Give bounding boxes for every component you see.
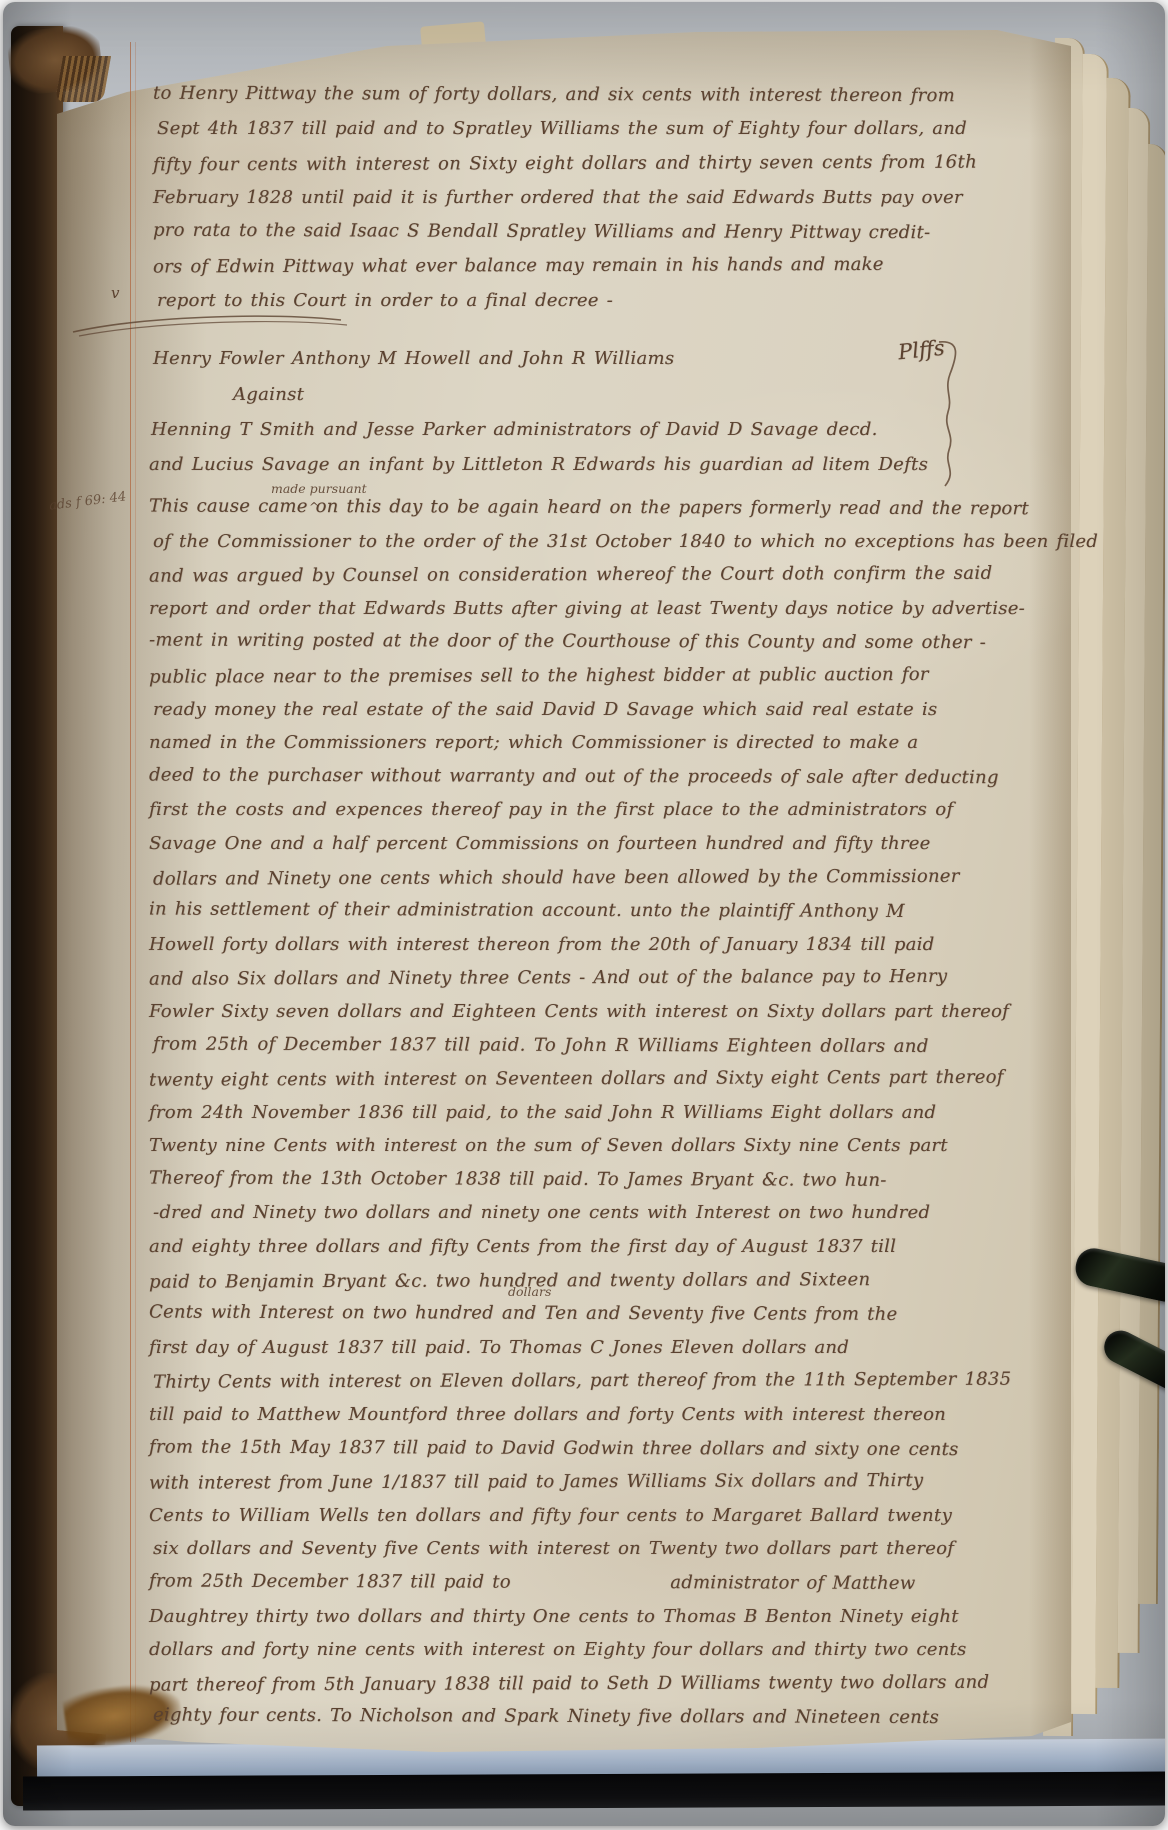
versus-label: Against (233, 384, 304, 405)
manuscript-line: from the 15th May 1837 till paid to Davi… (149, 1430, 1098, 1467)
caret-mark: ^ (309, 500, 319, 514)
manuscript-line: Cents to William Wells ten dollars and f… (149, 1499, 1098, 1533)
manuscript-line: named in the Commissioners report; which… (149, 726, 1098, 760)
manuscript-line: first the costs and expences thereof pay… (149, 793, 1098, 827)
continuation-paragraph: to Henry Pittway the sum of forty dollar… (153, 78, 977, 318)
defendants-line-1: Henning T Smith and Jesse Parker adminis… (151, 419, 878, 440)
manuscript-line: till paid to Matthew Mountford three dol… (149, 1398, 1098, 1432)
manuscript-line: eighty four cents. To Nicholson and Spar… (149, 1699, 1098, 1736)
order-paragraph: This cause came on this day to be again … (149, 491, 1098, 1734)
manuscript-line: pro rata to the said Isaac S Bendall Spr… (153, 214, 977, 251)
margin-rule (130, 42, 136, 1742)
manuscript-line: public place near to the premises sell t… (149, 657, 1098, 694)
manuscript-line: report and order that Edwards Butts afte… (149, 592, 1098, 626)
manuscript-line: Cents with Interest on two hundred and T… (149, 1296, 1098, 1333)
manuscript-line: and was argued by Counsel on considerati… (149, 557, 1098, 594)
manuscript-line: Thirty Cents with interest on Eleven dol… (149, 1363, 1098, 1400)
manuscript-line: first day of August 1837 till paid. To T… (149, 1331, 1098, 1365)
manuscript-line: and also Six dollars and Ninety three Ce… (149, 960, 1098, 997)
manuscript-line: -dred and Ninety two dollars and ninety … (149, 1196, 1098, 1230)
manuscript-line: part thereof from 5th January 1838 till … (149, 1665, 1098, 1702)
manuscript-line: Fowler Sixty seven dollars and Eighteen … (149, 995, 1098, 1029)
manuscript-line: twenty eight cents with interest on Seve… (149, 1060, 1098, 1097)
manuscript-line: from 24th November 1836 till paid, to th… (149, 1096, 1098, 1130)
photograph-of-record-book: to Henry Pittway the sum of forty dollar… (3, 2, 1165, 1826)
book-spine (11, 26, 63, 1806)
manuscript-line: deed to the purchaser without warranty a… (149, 758, 1098, 795)
manuscript-line: dollars and Ninety one cents which shoul… (149, 859, 1098, 896)
manuscript-line: to Henry Pittway the sum of forty dollar… (153, 77, 977, 114)
plaintiffs-line: Henry Fowler Anthony M Howell and John R… (153, 348, 674, 369)
manuscript-line: Howell forty dollars with interest there… (149, 928, 1098, 962)
manuscript-line: paid to Benjamin Bryant &c. two hundred … (149, 1262, 1098, 1299)
manuscript-line: Thereof from the 13th October 1838 till … (149, 1161, 1098, 1198)
table-shadow (23, 1771, 1165, 1810)
manuscript-line: from 25th of December 1837 till paid. To… (149, 1027, 1098, 1064)
binding-stitching (55, 56, 111, 102)
manuscript-line: from 25th December 1837 till paid to adm… (149, 1565, 1098, 1602)
manuscript-line: ors of Edwin Pittway what ever balance m… (153, 248, 977, 285)
manuscript-line: Sept 4th 1837 till paid and to Spratley … (153, 112, 977, 146)
manuscript-line: and eighty three dollars and fifty Cents… (149, 1230, 1098, 1264)
manuscript-line: Daughtrey thirty two dollars and thirty … (149, 1600, 1098, 1634)
manuscript-line: fifty four cents with interest on Sixty … (153, 145, 977, 182)
manuscript-line: six dollars and Seventy five Cents with … (149, 1532, 1098, 1566)
manuscript-line: Savage One and a half percent Commission… (149, 827, 1098, 861)
caption-brace (931, 338, 967, 490)
manuscript-line: dollars and forty nine cents with intere… (149, 1633, 1098, 1667)
margin-tick: v (111, 284, 119, 302)
manuscript-line: in his settlement of their administratio… (149, 893, 1098, 930)
manuscript-line: February 1828 until paid it is further o… (153, 181, 977, 215)
manuscript-line: ready money the real estate of the said … (149, 693, 1098, 727)
defendants-line-2: and Lucius Savage an infant by Littleton… (149, 454, 928, 475)
interlineation-made-pursuant: made pursuant (271, 481, 367, 496)
manuscript-line: of the Commissioner to the order of the … (149, 525, 1098, 559)
manuscript-line: Twenty nine Cents with interest on the s… (149, 1129, 1098, 1163)
manuscript-line: -ment in writing posted at the door of t… (149, 624, 1098, 661)
section-divider (69, 310, 353, 340)
manuscript-line: with interest from June 1/1837 till paid… (149, 1464, 1098, 1501)
interlineation-dollars: dollars (508, 1284, 551, 1299)
